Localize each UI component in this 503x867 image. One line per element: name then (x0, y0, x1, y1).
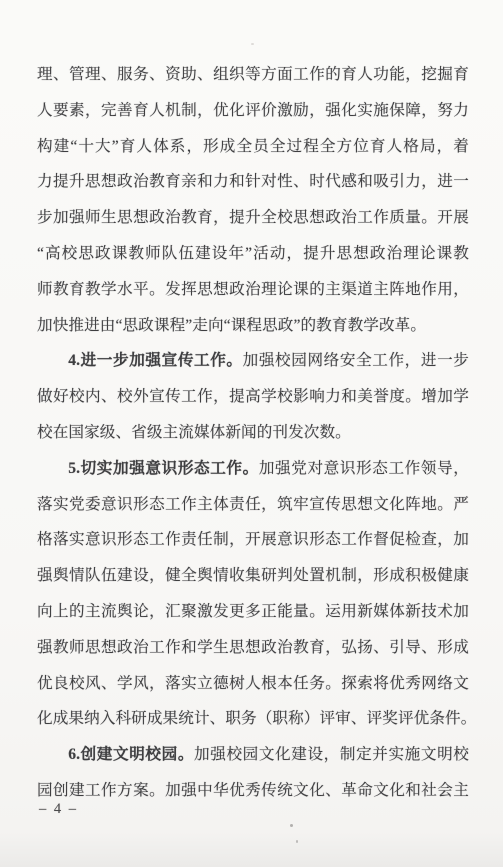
paragraph: 理、管理、服务、资助、组织等方面工作的育人功能，挖掘育人要素，完善育人机制，优化… (37, 57, 469, 343)
text-line: 强舆情队伍建设，健全舆情收集研判处置机制，形成积极健康 (37, 558, 469, 594)
paragraph-lead-bold: 6.创建文明校园。 (68, 746, 194, 763)
text-line: 师教育教学水平。发挥思想政治理论课的主渠道主阵地作用， (37, 272, 469, 308)
paragraph: 6.创建文明校园。加强校园文化建设，制定并实施文明校园创建工作方案。加强中华优秀… (37, 737, 469, 809)
text-line: 步加强师生思想政治教育，提升全校思想政治工作质量。开展 (37, 200, 469, 236)
text-line: 理、管理、服务、资助、组织等方面工作的育人功能，挖掘育 (37, 57, 469, 93)
document-body: 理、管理、服务、资助、组织等方面工作的育人功能，挖掘育人要素，完善育人机制，优化… (37, 57, 469, 809)
paragraph: 4.进一步加强宣传工作。加强校园网络安全工作，进一步做好校内、校外宣传工作，提高… (37, 343, 469, 450)
text-line: 向上的主流舆论，汇聚激发更多正能量。运用新媒体新技术加 (37, 594, 469, 630)
paragraph-lead-bold: 4.进一步加强宣传工作。 (68, 352, 242, 369)
text-line: 力提升思想政治教育亲和力和针对性、时代感和吸引力，进一 (37, 164, 469, 200)
text-line: 园创建工作方案。加强中华优秀传统文化、革命文化和社会主 (37, 773, 469, 809)
text-line: 5.切实加强意识形态工作。加强党对意识形态工作领导， (37, 451, 469, 487)
document-page: 理、管理、服务、资助、组织等方面工作的育人功能，挖掘育人要素，完善育人机制，优化… (0, 0, 503, 867)
text-line: 构建“十大”育人体系，形成全员全过程全方位育人格局，着 (37, 129, 469, 165)
paragraph: 5.切实加强意识形态工作。加强党对意识形态工作领导，落实党委意识形态工作主体责任… (37, 451, 469, 737)
text-line: 加快推进由“思政课程”走向“课程思政”的教育教学改革。 (37, 308, 469, 344)
scan-speck (251, 43, 254, 45)
text-line: 校在国家级、省级主流媒体新闻的刊发次数。 (37, 415, 469, 451)
text-line: 化成果纳入科研成果统计、职务（职称）评审、评奖评优条件。 (37, 701, 469, 737)
page-number: – 4 – (39, 799, 78, 819)
text-line: 做好校内、校外宣传工作，提高学校影响力和美誉度。增加学 (37, 379, 469, 415)
text-line: 人要素，完善育人机制，优化评价激励，强化实施保障，努力 (37, 93, 469, 129)
text-line: 4.进一步加强宣传工作。加强校园网络安全工作，进一步 (37, 343, 469, 379)
text-line: 格落实意识形态工作责任制，开展意识形态工作督促检查，加 (37, 522, 469, 558)
text-line: 优良校风、学风，落实立德树人根本任务。探索将优秀网络文 (37, 666, 469, 702)
scan-speck (290, 824, 293, 827)
text-line: 强教师思想政治工作和学生思想政治教育，弘扬、引导、形成 (37, 630, 469, 666)
scan-speck (296, 840, 298, 843)
paragraph-lead-bold: 5.切实加强意识形态工作。 (68, 460, 259, 477)
text-line: 落实党委意识形态工作主体责任，筑牢宣传思想文化阵地。严 (37, 487, 469, 523)
text-line: 6.创建文明校园。加强校园文化建设，制定并实施文明校 (37, 737, 469, 773)
text-line: “高校思政课教师队伍建设年”活动，提升思想政治理论课教 (37, 236, 469, 272)
